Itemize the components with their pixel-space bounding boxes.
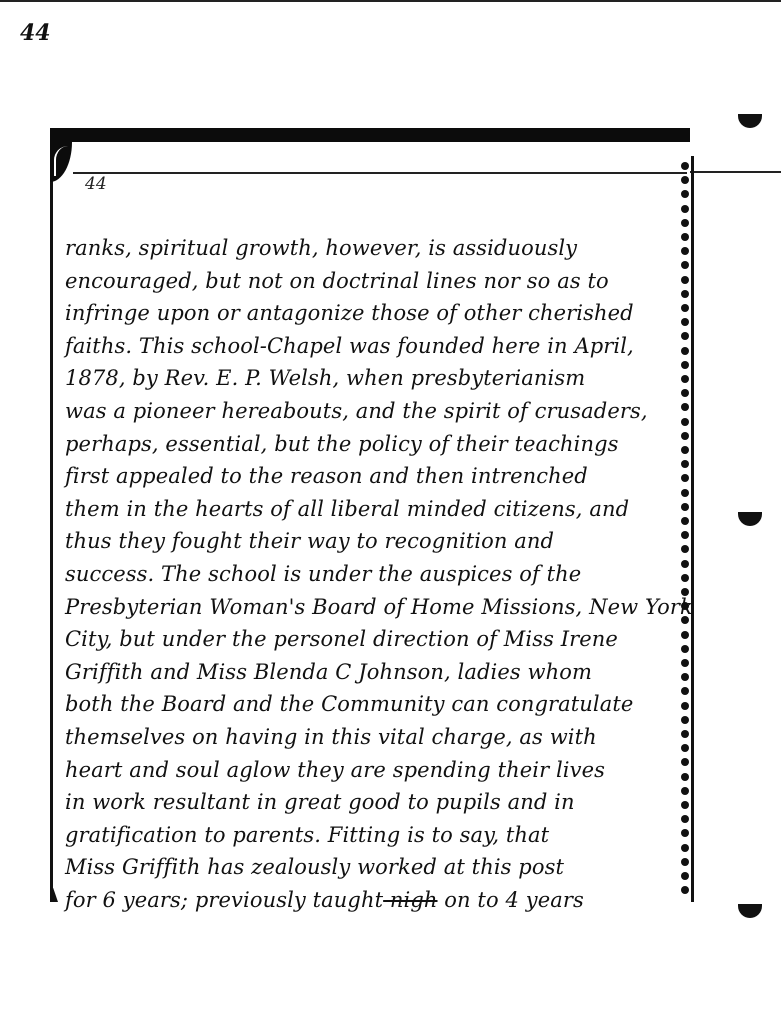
spiral-coil-icon [681,631,689,639]
inner-page-number: 44 [85,174,107,194]
manuscript-line-tail: on to 4 years [438,888,584,912]
notebook-page: 44 ranks, spiritual growth, however, is … [50,128,687,900]
spiral-coil-icon [681,347,689,355]
spiral-coil-icon [681,744,689,752]
spiral-coil-icon [681,773,689,781]
spiral-coil-icon [681,886,689,894]
spiral-coil-icon [681,162,689,170]
punch-hole-icon [738,114,762,128]
spiral-coil-icon [681,815,689,823]
manuscript-line: gratification to parents. Fitting is to … [65,819,679,852]
manuscript-line: first appealed to the reason and then in… [65,460,679,493]
manuscript-line: 1878, by Rev. E. P. Welsh, when presbyte… [65,362,679,395]
spiral-coil-icon [681,460,689,468]
spiral-coil-icon [681,205,689,213]
spiral-coil-icon [681,276,689,284]
spiral-coil-icon [681,489,689,497]
spiral-coil-icon [681,332,689,340]
spiral-coil-icon [681,474,689,482]
manuscript-line: perhaps, essential, but the policy of th… [65,428,679,461]
scan-top-edge [0,0,781,2]
manuscript-line: Miss Griffith has zealously worked at th… [65,851,679,884]
spiral-coil-icon [681,375,689,383]
manuscript-line: themselves on having in this vital charg… [65,721,679,754]
notebook-corner-icon [50,142,72,182]
spiral-coil-icon [681,844,689,852]
spiral-coil-icon [681,304,689,312]
header-rule [73,172,687,174]
manuscript-line-text: both the Board and the Community can con… [65,692,633,716]
spiral-coil-icon [681,418,689,426]
manuscript-line-text: Griffith and Miss Blenda C Johnson, ladi… [65,660,592,684]
spiral-coil-icon [681,659,689,667]
spiral-coil-icon [681,361,689,369]
margin-rule [690,171,781,173]
spiral-coil-icon [681,261,689,269]
punch-hole-icon [738,512,762,526]
spiral-coil-icon [681,858,689,866]
spiral-coil-icon [681,517,689,525]
notebook-top-binding [50,128,690,142]
manuscript-line-text: encouraged, but not on doctrinal lines n… [65,269,609,293]
manuscript-line-text: for 6 years; previously taught [65,888,383,912]
punch-hole-icon [738,904,762,918]
manuscript-line: ranks, spiritual growth, however, is ass… [65,232,679,265]
spiral-coil-icon [681,432,689,440]
manuscript-line-text: themselves on having in this vital charg… [65,725,597,749]
outer-page-number: 44 [20,20,51,46]
manuscript-line-text: first appealed to the reason and then in… [65,464,588,488]
manuscript-line-text: success. The school is under the auspice… [65,562,581,586]
spiral-coil-icon [681,219,689,227]
spiral-coil-icon [681,872,689,880]
manuscript-line-text: them in the hearts of all liberal minded… [65,497,629,521]
manuscript-line-text: was a pioneer hereabouts, and the spirit… [65,399,648,423]
manuscript-line: was a pioneer hereabouts, and the spirit… [65,395,679,428]
spiral-coil-icon [681,190,689,198]
struck-word: nigh [383,888,437,912]
manuscript-line: both the Board and the Community can con… [65,688,679,721]
manuscript-line-text: 1878, by Rev. E. P. Welsh, when presbyte… [65,366,585,390]
spiral-coil-icon [681,403,689,411]
manuscript-line: heart and soul aglow they are spending t… [65,754,679,787]
spiral-coil-icon [681,560,689,568]
notebook-bottom-corner-icon [50,888,58,902]
manuscript-line: for 6 years; previously taught nigh on t… [65,884,679,917]
manuscript-line: in work resultant in great good to pupil… [65,786,679,819]
manuscript-line: Presbyterian Woman's Board of Home Missi… [65,591,679,624]
spiral-coil-icon [681,787,689,795]
spiral-coil-icon [681,687,689,695]
manuscript-line-text: faiths. This school-Chapel was founded h… [65,334,634,358]
manuscript-line-text: in work resultant in great good to pupil… [65,790,575,814]
spiral-coil-icon [681,389,689,397]
spiral-coil-icon [681,801,689,809]
spiral-binding [681,156,694,902]
spiral-coil-icon [681,318,689,326]
manuscript-line: encouraged, but not on doctrinal lines n… [65,265,679,298]
spiral-coil-icon [681,758,689,766]
manuscript-line: City, but under the personel direction o… [65,623,679,656]
manuscript-line-text: ranks, spiritual growth, however, is ass… [65,236,577,260]
spiral-coil-icon [681,645,689,653]
manuscript-line-text: perhaps, essential, but the policy of th… [65,432,619,456]
spiral-coil-icon [681,503,689,511]
manuscript-line: success. The school is under the auspice… [65,558,679,591]
manuscript-line-text: Presbyterian Woman's Board of Home Missi… [65,595,693,619]
handwritten-text: ranks, spiritual growth, however, is ass… [65,232,679,916]
manuscript-line-text: City, but under the personel direction o… [65,627,618,651]
manuscript-line: Griffith and Miss Blenda C Johnson, ladi… [65,656,679,689]
manuscript-line-text: Miss Griffith has zealously worked at th… [65,855,564,879]
manuscript-line-text: heart and soul aglow they are spending t… [65,758,605,782]
spiral-coil-icon [681,446,689,454]
spiral-coil-icon [681,531,689,539]
spiral-coil-icon [681,290,689,298]
manuscript-line-text: gratification to parents. Fitting is to … [65,823,549,847]
manuscript-line: faiths. This school-Chapel was founded h… [65,330,679,363]
manuscript-line: infringe upon or antagonize those of oth… [65,297,679,330]
spiral-coil-icon [681,829,689,837]
spiral-coil-icon [681,673,689,681]
spiral-coil-icon [681,716,689,724]
manuscript-line: thus they fought their way to recognitio… [65,525,679,558]
spiral-coil-icon [681,574,689,582]
spiral-coil-icon [681,702,689,710]
manuscript-line-text: infringe upon or antagonize those of oth… [65,301,634,325]
manuscript-line-text: thus they fought their way to recognitio… [65,529,554,553]
manuscript-line: them in the hearts of all liberal minded… [65,493,679,526]
spiral-coil-icon [681,176,689,184]
spiral-coil-icon [681,730,689,738]
spiral-coil-icon [681,247,689,255]
spiral-coil-icon [681,233,689,241]
spiral-coil-icon [681,545,689,553]
